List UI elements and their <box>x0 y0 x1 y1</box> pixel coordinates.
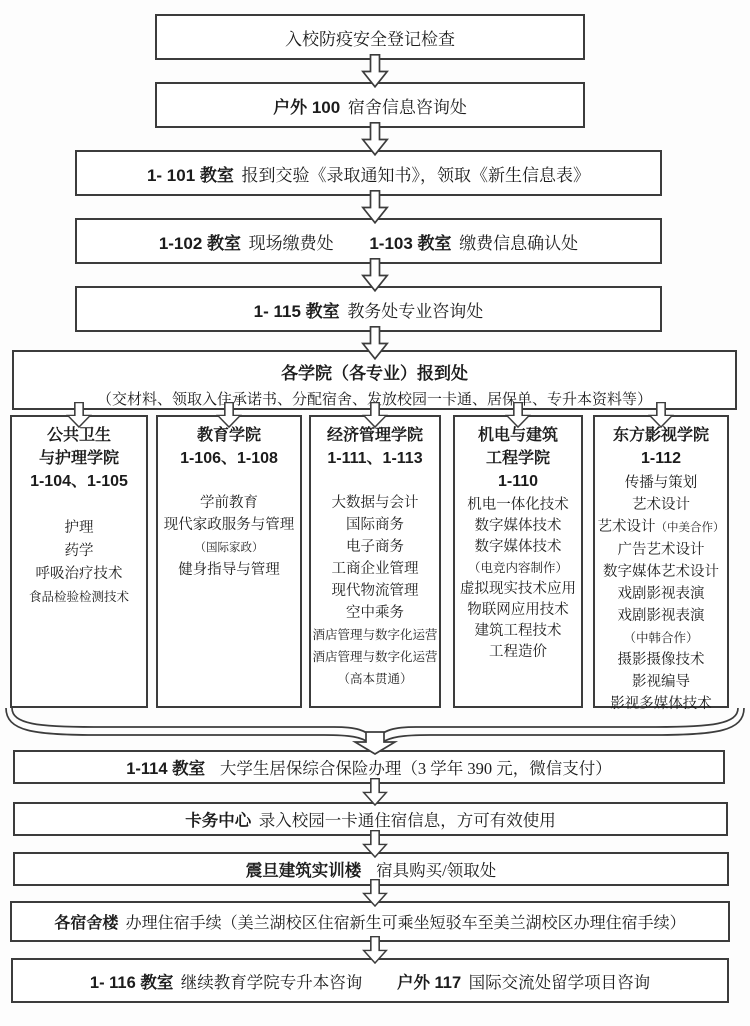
college-title-line: 1-106、1-108 <box>158 447 300 470</box>
text-segment: 大学生居保综合保险办理（3 学年 390 元，微信支付） <box>220 755 612 779</box>
down-arrow-icon <box>355 732 395 754</box>
major-item: 机电一体化技术 <box>455 495 581 516</box>
down-arrow-icon <box>361 190 389 224</box>
major-item: 现代物流管理 <box>311 580 439 602</box>
text-segment: 1-114 教室 <box>126 755 205 779</box>
college-columns: 公共卫生与护理学院1-104、1-105护理药学呼吸治疗技术食品检验检测技术教育… <box>0 415 750 708</box>
converge-bracket <box>4 698 746 758</box>
text-segment: 户外 117 <box>397 969 461 993</box>
major-item: 工商企业管理 <box>311 558 439 580</box>
major-item: 食品检验检测技术 <box>12 586 146 609</box>
college-column-education: 教育学院1-106、1-108学前教育现代家政服务与管理（国际家政）健身指导与管… <box>156 415 302 708</box>
text-segment: 报到交验《录取通知书》，领取《新生信息表》 <box>242 161 591 186</box>
major-item: 大数据与会计 <box>311 492 439 514</box>
major-item: 物联网应用技术 <box>455 600 581 621</box>
text-segment: 卡务中心 <box>185 807 251 831</box>
major-item: 电子商务 <box>311 536 439 558</box>
college-title-line: 1-112 <box>595 447 727 470</box>
text-segment: 缴费信息确认处 <box>459 229 578 254</box>
major-item: （电竞内容制作） <box>455 558 581 579</box>
major-item: 艺术设计（中美合作） <box>595 516 727 539</box>
major-item: 呼吸治疗技术 <box>12 563 146 586</box>
major-note: （国际家政） <box>195 542 264 554</box>
down-arrow-icon <box>361 326 389 360</box>
college-column-mechatronics-architecture: 机电与建筑工程学院1-110机电一体化技术数字媒体技术数字媒体技术（电竞内容制作… <box>453 415 583 708</box>
college-title: 机电与建筑工程学院1-110 <box>455 417 581 493</box>
text-segment: 户外 100 <box>273 93 340 118</box>
college-column-oriental-film: 东方影视学院1-112传播与策划艺术设计艺术设计（中美合作）广告艺术设计数字媒体… <box>593 415 729 708</box>
text-segment: 1-103 教室 <box>369 229 451 254</box>
major-item: 工程造价 <box>455 642 581 663</box>
major-list: 机电一体化技术数字媒体技术数字媒体技术（电竞内容制作）虚拟现实技术应用物联网应用… <box>455 495 581 663</box>
down-arrow-icon <box>361 122 389 156</box>
major-item: 酒店管理与数字化运营 <box>311 624 439 646</box>
major-item: 现代家政服务与管理（国际家政） <box>158 514 300 559</box>
flow-box-room-116-outdoor-117: 1- 116 教室继续教育学院专升本咨询户外 117国际交流处留学项目咨询 <box>11 958 729 1003</box>
college-title: 公共卫生与护理学院1-104、1-105 <box>12 417 146 493</box>
text-segment: 教务处专业咨询处 <box>347 297 483 322</box>
text-segment: 各宿舍楼 <box>54 910 118 933</box>
college-title-line: 1-104、1-105 <box>12 470 146 493</box>
major-item: 国际商务 <box>311 514 439 536</box>
text-segment: 宿舍信息咨询处 <box>348 93 467 118</box>
major-item: 数字媒体技术 <box>455 537 581 558</box>
major-item: 建筑工程技术 <box>455 621 581 642</box>
college-title-line: 工程学院 <box>455 447 581 470</box>
major-item: 影视编导 <box>595 671 727 693</box>
college-title-line: 1-111、1-113 <box>311 447 439 470</box>
major-item: 酒店管理与数字化运营 <box>311 646 439 668</box>
major-item: 健身指导与管理 <box>158 559 300 581</box>
down-arrow-icon <box>66 402 92 428</box>
text-segment: 国际交流处留学项目咨询 <box>469 969 651 993</box>
text-segment: 办理住宿手续（美兰湖校区住宿新生可乘坐短驳车至美兰湖校区办理住宿手续） <box>126 910 686 933</box>
major-item: 护理 <box>12 517 146 540</box>
text-segment: 宿具购买/领取处 <box>376 857 496 881</box>
flowchart-canvas: 入校防疫安全登记检查 户外 100宿舍信息咨询处 1- 101 教室报到交验《录… <box>0 0 750 1026</box>
major-item: 摄影摄像技术 <box>595 649 727 671</box>
major-list: 学前教育现代家政服务与管理（国际家政）健身指导与管理 <box>158 492 300 581</box>
down-arrow-icon <box>216 402 242 428</box>
major-list: 传播与策划艺术设计艺术设计（中美合作）广告艺术设计数字媒体艺术设计戏剧影视表演戏… <box>595 472 727 715</box>
text-segment: 录入校园一卡通住宿信息，方可有效使用 <box>259 807 556 831</box>
down-arrow-icon <box>648 402 674 428</box>
major-item: 虚拟现实技术应用 <box>455 579 581 600</box>
college-column-economics-management: 经济管理学院1-111、1-113大数据与会计国际商务电子商务工商企业管理现代物… <box>309 415 441 708</box>
down-arrow-icon <box>361 54 389 88</box>
major-item: 戏剧影视表演 <box>595 583 727 605</box>
major-item: 数字媒体技术 <box>455 516 581 537</box>
major-list: 护理药学呼吸治疗技术食品检验检测技术 <box>12 517 146 609</box>
major-item: （高本贯通） <box>311 668 439 690</box>
major-item: 传播与策划 <box>595 472 727 494</box>
hub-title: 各学院（各专业）报到处 <box>14 359 735 384</box>
text-segment: 1- 116 教室 <box>90 969 173 993</box>
major-note: （中美合作） <box>656 522 725 534</box>
major-item: 空中乘务 <box>311 602 439 624</box>
text-segment: 1-102 教室 <box>159 229 241 254</box>
text-segment: 入校防疫安全登记检查 <box>285 25 455 50</box>
major-item: 艺术设计 <box>595 494 727 516</box>
down-arrow-icon <box>362 402 388 428</box>
down-arrow-icon <box>362 830 388 858</box>
text-segment: 继续教育学院专升本咨询 <box>181 969 363 993</box>
down-arrow-icon <box>361 258 389 292</box>
major-list: 大数据与会计国际商务电子商务工商企业管理现代物流管理空中乘务酒店管理与数字化运营… <box>311 492 439 690</box>
down-arrow-icon <box>362 879 388 907</box>
down-arrow-icon <box>505 402 531 428</box>
down-arrow-icon <box>362 936 388 964</box>
text-segment: 1- 101 教室 <box>147 161 234 186</box>
text-segment: 现场缴费处 <box>249 229 334 254</box>
major-item: 戏剧影视表演 <box>595 605 727 627</box>
major-item: 学前教育 <box>158 492 300 514</box>
down-arrow-icon <box>362 778 388 806</box>
major-item: （中韩合作） <box>595 627 727 649</box>
major-item: 广告艺术设计 <box>595 539 727 561</box>
text-segment: 震旦建筑实训楼 <box>246 857 362 881</box>
major-item: 药学 <box>12 540 146 563</box>
major-item: 数字媒体艺术设计 <box>595 561 727 583</box>
college-column-public-health-nursing: 公共卫生与护理学院1-104、1-105护理药学呼吸治疗技术食品检验检测技术 <box>10 415 148 708</box>
text-segment: 1- 115 教室 <box>254 297 340 322</box>
college-title-line: 1-110 <box>455 470 581 493</box>
college-title-line: 与护理学院 <box>12 447 146 470</box>
